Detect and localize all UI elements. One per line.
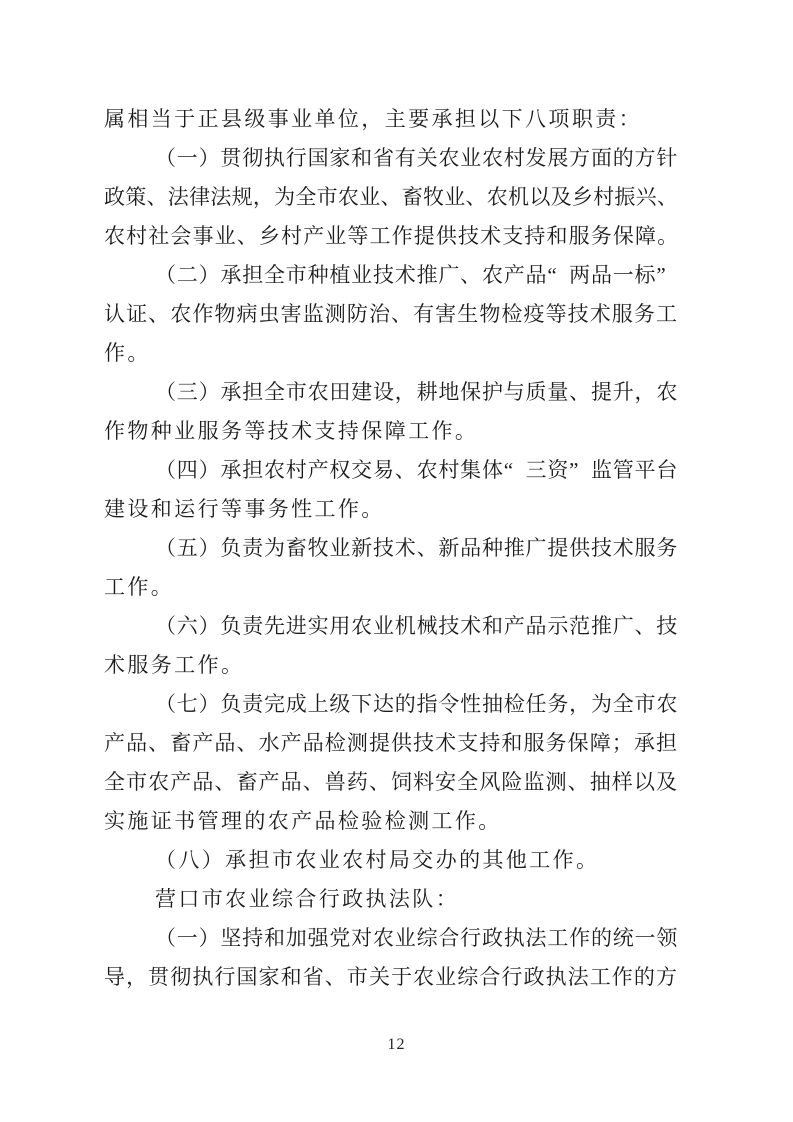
text-line: 术服务工作。: [104, 646, 678, 685]
text-line: （五）负责为畜牧业新技术、新品种推广提供技术服务: [104, 529, 678, 568]
text-line: 工作。: [104, 568, 678, 607]
text-line: （七）负责完成上级下达的指令性抽检任务，为全市农: [104, 685, 678, 724]
text-line: （三）承担全市农田建设，耕地保护与质量、提升，农: [104, 373, 678, 412]
text-line: （六）负责先进实用农业机械技术和产品示范推广、技: [104, 607, 678, 646]
text-line: 导，贯彻执行国家和省、市关于农业综合行政执法工作的方: [104, 958, 678, 997]
text-line: 政策、法律法规，为全市农业、畜牧业、农机以及乡村振兴、: [104, 178, 678, 217]
text-line: 实施证书管理的农产品检验检测工作。: [104, 802, 678, 841]
text-line: 作物种业服务等技术支持保障工作。: [104, 412, 678, 451]
text-line: （四）承担农村产权交易、农村集体“三资”监管平台: [104, 451, 678, 490]
text-line: 营口市农业综合行政执法队：: [104, 880, 678, 919]
text-block: 属相当于正县级事业单位，主要承担以下八项职责：（一）贯彻执行国家和省有关农业农村…: [104, 100, 678, 997]
text-line: 作。: [104, 334, 678, 373]
text-line: 农村社会事业、乡村产业等工作提供技术支持和服务保障。: [104, 217, 678, 256]
text-line: 建设和运行等事务性工作。: [104, 490, 678, 529]
text-line: （八）承担市农业农村局交办的其他工作。: [104, 841, 678, 880]
text-line: 全市农产品、畜产品、兽药、饲料安全风险监测、抽样以及: [104, 763, 678, 802]
page-number: 12: [0, 1036, 793, 1054]
text-line: （一）贯彻执行国家和省有关农业农村发展方面的方针: [104, 139, 678, 178]
text-line: （一）坚持和加强党对农业综合行政执法工作的统一领: [104, 919, 678, 958]
text-line: （二）承担全市种植业技术推广、农产品“两品一标”: [104, 256, 678, 295]
text-line: 产品、畜产品、水产品检测提供技术支持和服务保障；承担: [104, 724, 678, 763]
text-line: 属相当于正县级事业单位，主要承担以下八项职责：: [104, 100, 678, 139]
document-page: 属相当于正县级事业单位，主要承担以下八项职责：（一）贯彻执行国家和省有关农业农村…: [0, 0, 793, 1122]
text-line: 认证、农作物病虫害监测防治、有害生物检疫等技术服务工: [104, 295, 678, 334]
